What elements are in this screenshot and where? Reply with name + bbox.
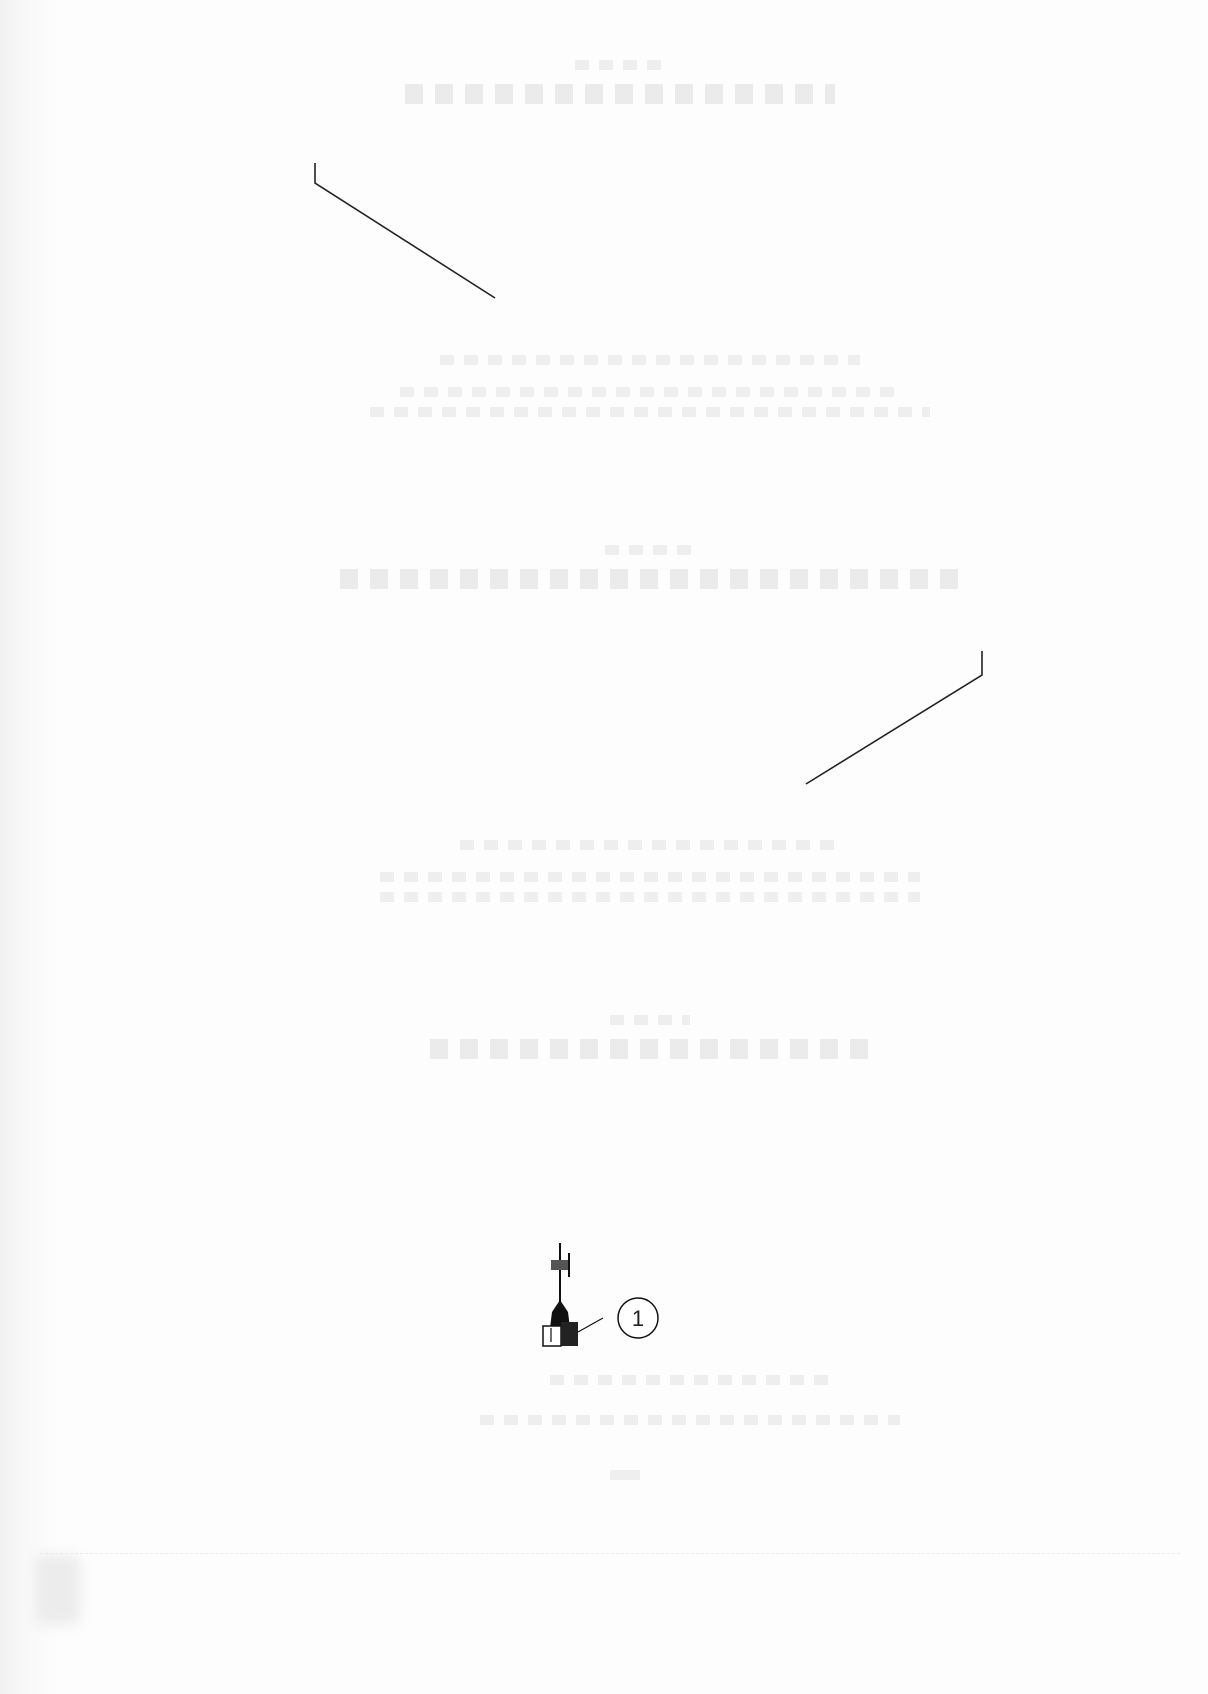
callout-number: 1 [632, 1306, 644, 1331]
figure-overlay: 1 [0, 0, 1208, 1694]
assembly-diagram: 1 [543, 1243, 658, 1346]
leader-line-1 [315, 163, 495, 298]
leader-line-2 [806, 651, 982, 784]
